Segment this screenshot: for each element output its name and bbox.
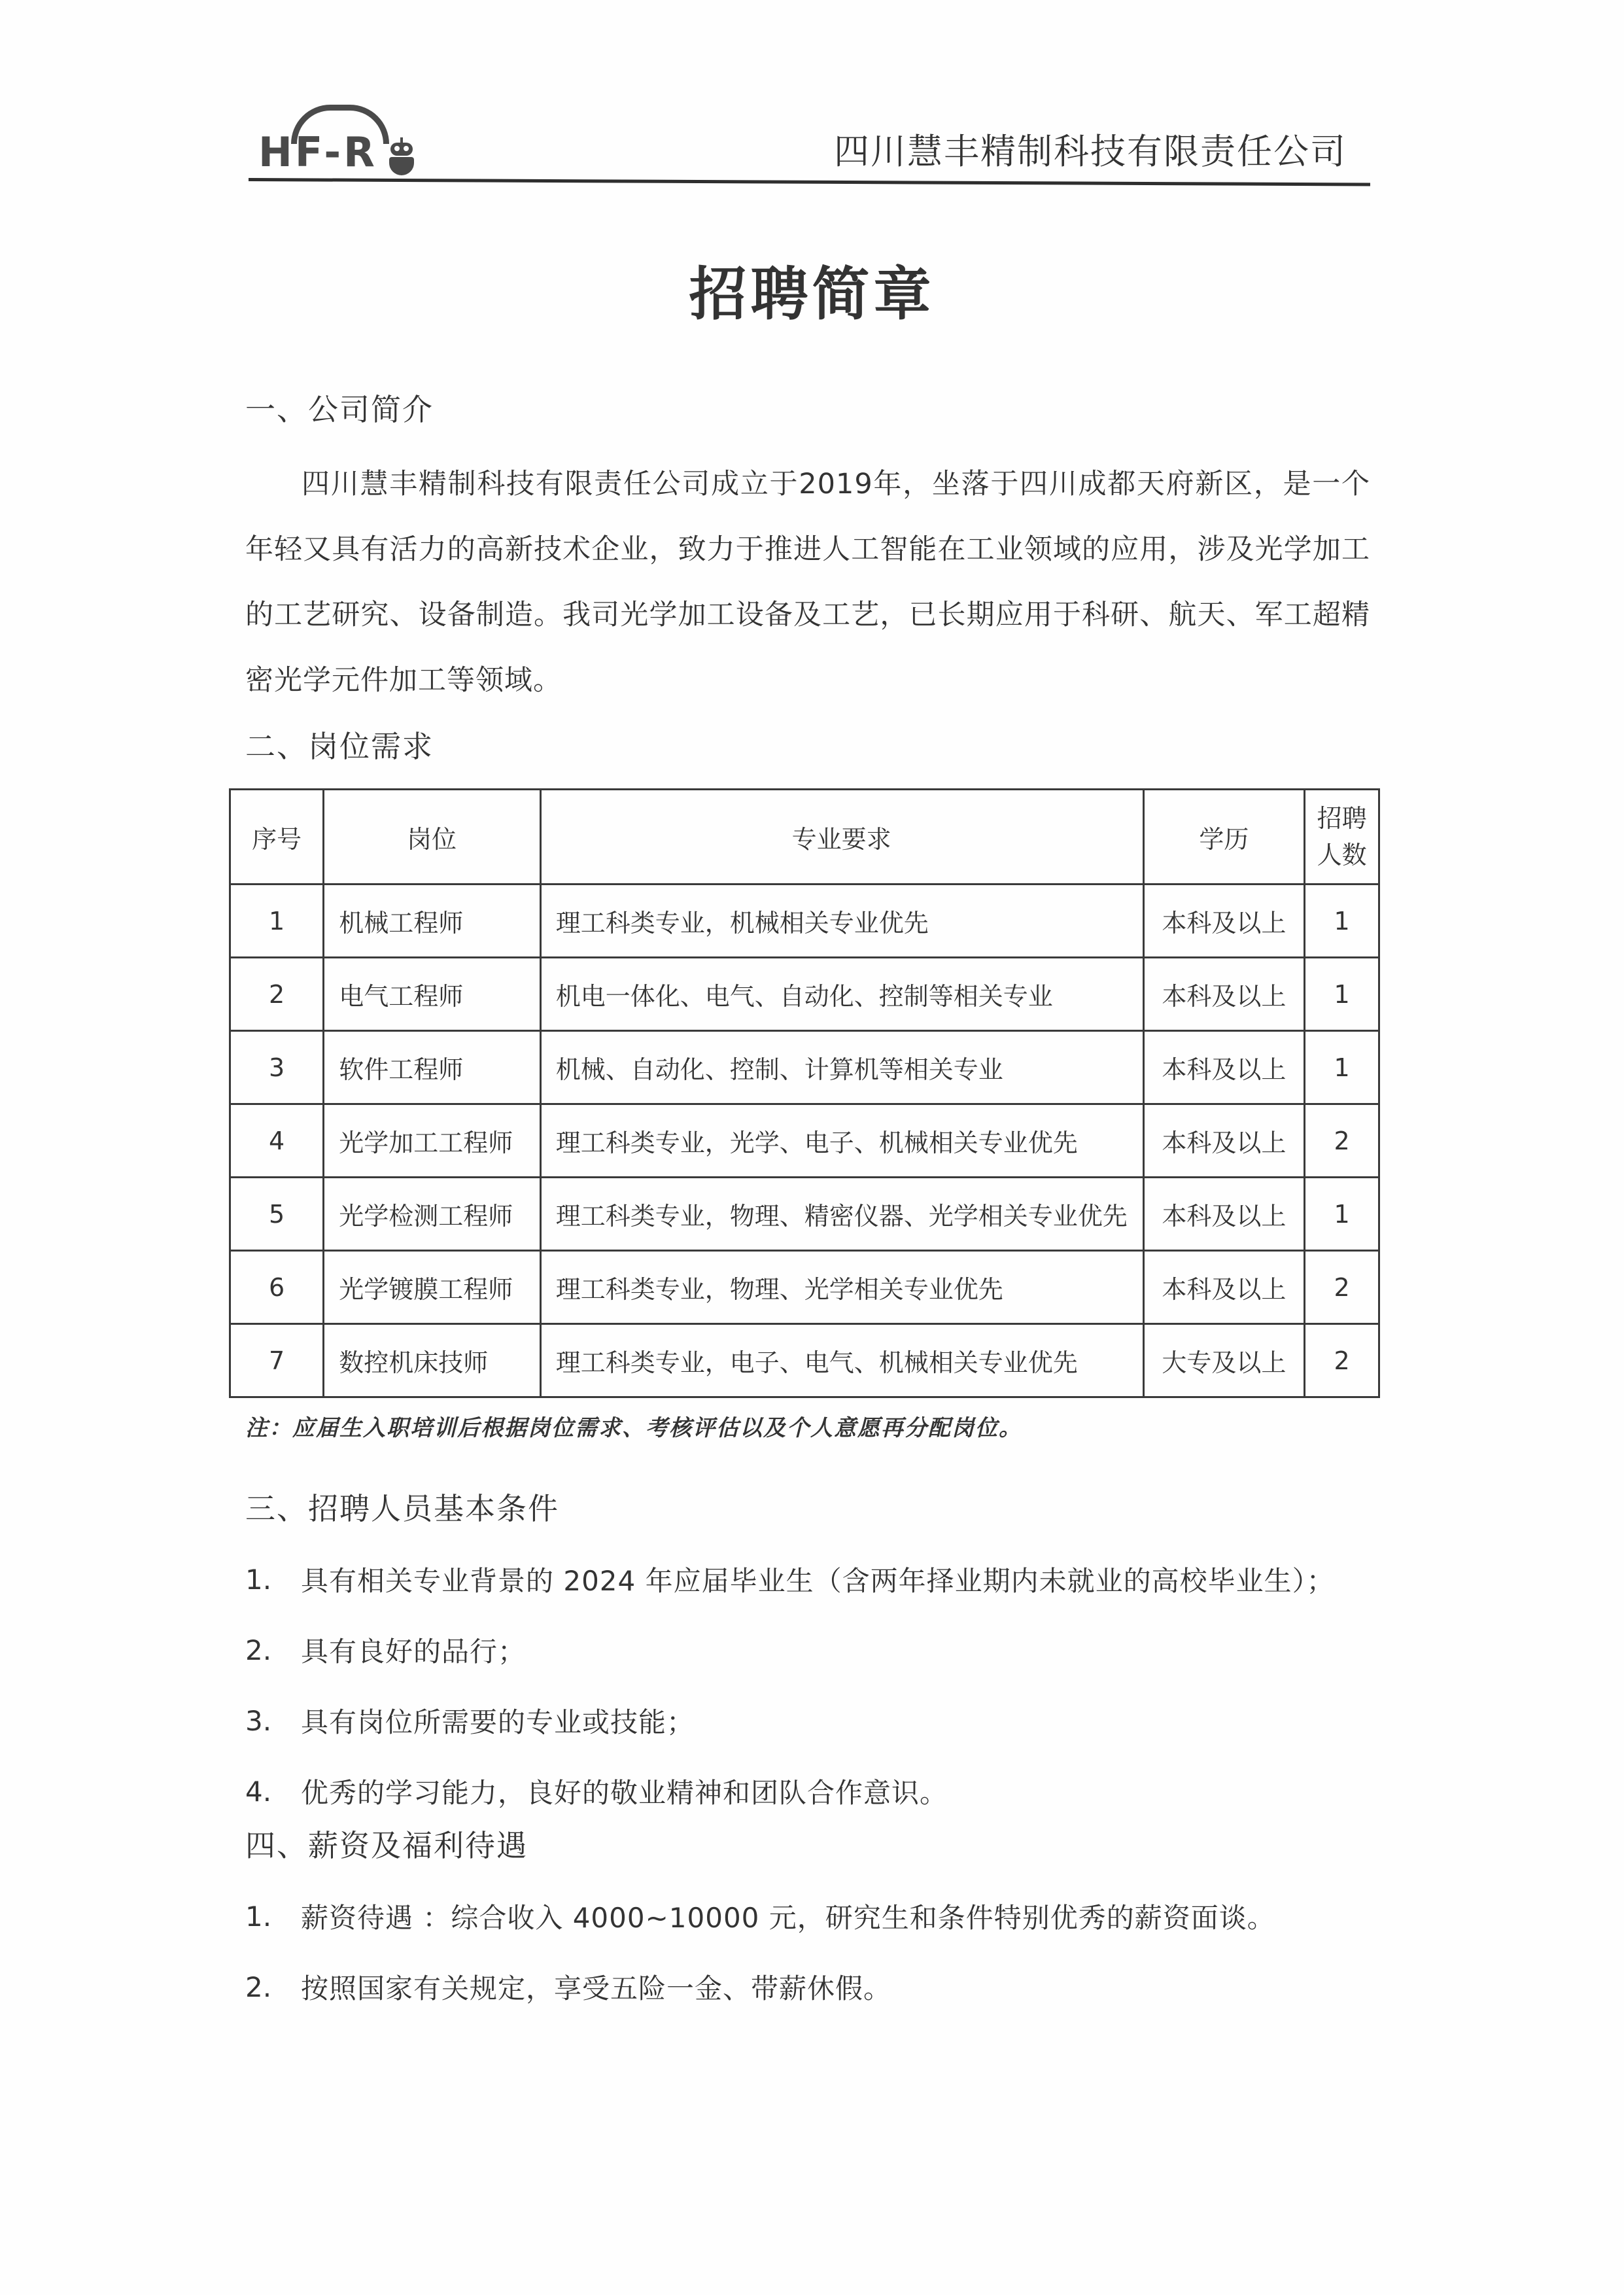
intro-paragraph: 四川慧丰精制科技有限责任公司成立于2019年，坐落于四川成都天府新区，是一个年轻…: [245, 451, 1370, 713]
cell-education: 本科及以上: [1143, 1031, 1305, 1104]
cell-count: 1: [1305, 1178, 1379, 1251]
table-row: 7 数控机床技师 理工科类专业，电子、电气、机械相关专业优先 大专及以上 2: [230, 1324, 1379, 1397]
cell-major: 机电一体化、电气、自动化、控制等相关专业: [540, 958, 1143, 1031]
list-item: 1. 薪资待遇 ：综合收入 4000~10000 元，研究生和条件特别优秀的薪资…: [245, 1881, 1370, 1952]
section-heading-benefits: 四、薪资及福利待遇: [245, 1822, 528, 1865]
table-row: 4 光学加工工程师 理工科类专业，光学、电子、机械相关专业优先 本科及以上 2: [230, 1104, 1379, 1178]
cell-major: 理工科类专业，物理、精密仪器、光学相关专业优先: [540, 1178, 1143, 1251]
col-header-count: 招聘 人数: [1305, 790, 1379, 885]
col-header-position: 岗位: [324, 790, 540, 885]
cell-no: 4: [230, 1104, 324, 1178]
cell-no: 6: [230, 1251, 324, 1324]
cell-position: 光学镀膜工程师: [324, 1251, 540, 1324]
table-row: 6 光学镀膜工程师 理工科类专业，物理、光学相关专业优先 本科及以上 2: [230, 1251, 1379, 1324]
cell-count: 1: [1305, 958, 1379, 1031]
benefits-list: 1. 薪资待遇 ：综合收入 4000~10000 元，研究生和条件特别优秀的薪资…: [245, 1881, 1370, 2022]
list-item: 1. 具有相关专业背景的 2024 年应届毕业生（含两年择业期内未就业的高校毕业…: [245, 1544, 1370, 1615]
cell-position: 机械工程师: [324, 885, 540, 958]
col-header-count-line1: 招聘: [1306, 800, 1377, 837]
cell-position: 数控机床技师: [324, 1324, 540, 1397]
table-row: 5 光学检测工程师 理工科类专业，物理、精密仪器、光学相关专业优先 本科及以上 …: [230, 1178, 1379, 1251]
positions-table: 序号 岗位 专业要求 学历 招聘 人数 1 机械工程师 理工科类专业，机械相关专…: [229, 788, 1380, 1398]
cell-education: 本科及以上: [1143, 885, 1305, 958]
cell-major: 理工科类专业，光学、电子、机械相关专业优先: [540, 1104, 1143, 1178]
cell-education: 大专及以上: [1143, 1324, 1305, 1397]
cell-count: 2: [1305, 1104, 1379, 1178]
col-header-count-line2: 人数: [1306, 837, 1377, 873]
list-number: 2.: [245, 1634, 301, 1666]
cell-no: 3: [230, 1031, 324, 1104]
cell-no: 1: [230, 885, 324, 958]
section-heading-positions: 二、岗位需求: [245, 723, 434, 766]
cell-education: 本科及以上: [1143, 1178, 1305, 1251]
table-row: 3 软件工程师 机械、自动化、控制、计算机等相关专业 本科及以上 1: [230, 1031, 1379, 1104]
col-header-major: 专业要求: [540, 790, 1143, 885]
table-row: 2 电气工程师 机电一体化、电气、自动化、控制等相关专业 本科及以上 1: [230, 958, 1379, 1031]
table-row: 1 机械工程师 理工科类专业，机械相关专业优先 本科及以上 1: [230, 885, 1379, 958]
list-item: 2. 具有良好的品行；: [245, 1615, 1370, 1685]
cell-major: 机械、自动化、控制、计算机等相关专业: [540, 1031, 1143, 1104]
cell-education: 本科及以上: [1143, 1104, 1305, 1178]
list-text: 按照国家有关规定，享受五险一金、带薪休假。: [301, 1967, 891, 2006]
cell-count: 2: [1305, 1251, 1379, 1324]
cell-education: 本科及以上: [1143, 958, 1305, 1031]
cell-position: 光学加工工程师: [324, 1104, 540, 1178]
section-heading-requirements: 三、招聘人员基本条件: [245, 1485, 559, 1528]
list-item: 3. 具有岗位所需要的专业或技能；: [245, 1685, 1370, 1756]
col-header-no: 序号: [230, 790, 324, 885]
cell-no: 5: [230, 1178, 324, 1251]
cell-no: 2: [230, 958, 324, 1031]
list-text: 薪资待遇 ：综合收入 4000~10000 元，研究生和条件特别优秀的薪资面谈。: [301, 1897, 1275, 1936]
cell-position: 电气工程师: [324, 958, 540, 1031]
cell-count: 1: [1305, 1031, 1379, 1104]
cell-position: 光学检测工程师: [324, 1178, 540, 1251]
list-item: 4. 优秀的学习能力，良好的敬业精神和团队合作意识。: [245, 1756, 1370, 1827]
document-page: HF-R 四川慧丰精制科技有限责任公司 招聘简章 一、公司简介 四川慧丰精制科技…: [0, 0, 1624, 2295]
cell-count: 1: [1305, 885, 1379, 958]
section-heading-intro: 一、公司简介: [245, 386, 434, 429]
list-item: 2. 按照国家有关规定，享受五险一金、带薪休假。: [245, 1952, 1370, 2022]
page-title: 招聘简章: [0, 249, 1624, 331]
company-name-header: 四川慧丰精制科技有限责任公司: [834, 134, 1347, 169]
cell-position: 软件工程师: [324, 1031, 540, 1104]
list-number: 1.: [245, 1901, 301, 1933]
list-number: 2.: [245, 1971, 301, 2003]
requirements-list: 1. 具有相关专业背景的 2024 年应届毕业生（含两年择业期内未就业的高校毕业…: [245, 1544, 1370, 1827]
table-header-row: 序号 岗位 专业要求 学历 招聘 人数: [230, 790, 1379, 885]
robot-icon: [389, 137, 414, 173]
cell-major: 理工科类专业，机械相关专业优先: [540, 885, 1143, 958]
cell-major: 理工科类专业，电子、电气、机械相关专业优先: [540, 1324, 1143, 1397]
cell-major: 理工科类专业，物理、光学相关专业优先: [540, 1251, 1143, 1324]
list-number: 3.: [245, 1705, 301, 1737]
cell-count: 2: [1305, 1324, 1379, 1397]
table-note: 注：应届生入职培训后根据岗位需求、考核评估以及个人意愿再分配岗位。: [245, 1410, 1022, 1442]
list-text: 具有岗位所需要的专业或技能；: [301, 1701, 695, 1740]
list-number: 1.: [245, 1564, 301, 1596]
list-text: 具有相关专业背景的 2024 年应届毕业生（含两年择业期内未就业的高校毕业生）；: [301, 1560, 1335, 1599]
company-logo: HF-R: [258, 98, 415, 177]
list-text: 具有良好的品行；: [301, 1630, 526, 1670]
logo-text: HF-R: [258, 132, 377, 173]
list-text: 优秀的学习能力，良好的敬业精神和团队合作意识。: [301, 1772, 948, 1811]
header-divider: [249, 178, 1370, 186]
cell-no: 7: [230, 1324, 324, 1397]
col-header-education: 学历: [1143, 790, 1305, 885]
cell-education: 本科及以上: [1143, 1251, 1305, 1324]
list-number: 4.: [245, 1776, 301, 1808]
